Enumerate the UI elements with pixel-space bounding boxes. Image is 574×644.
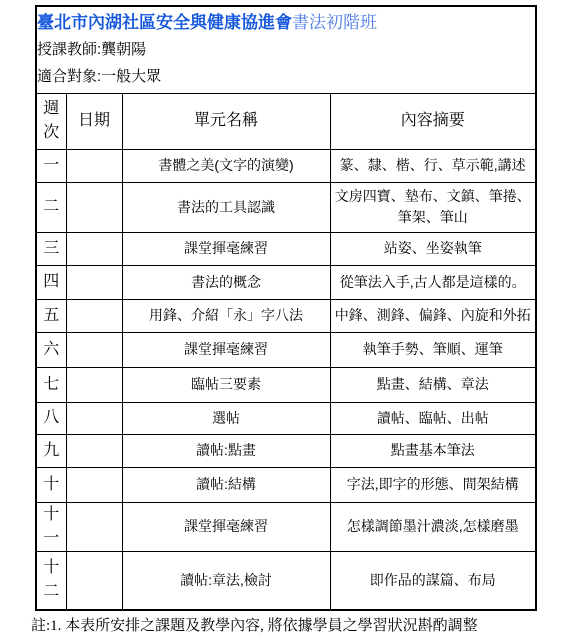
unit-cell: 讀帖:結構: [122, 467, 330, 502]
schedule-row: 三 課堂揮毫練習 站姿、坐姿執筆: [36, 232, 536, 265]
column-header-date: 日期: [66, 93, 122, 149]
date-cell: [66, 367, 122, 402]
footer-note: 註:1. 本表所安排之課題及教學內容, 將依據學員之學習狀況斟酌調整: [31, 615, 561, 637]
unit-cell: 課堂揮毫練習: [122, 332, 330, 367]
date-cell: [66, 265, 122, 299]
audience-line: 適合對象:一般大眾: [37, 63, 535, 90]
week-cell: 七: [36, 367, 66, 402]
schedule-row: 七 臨帖三要素 點畫、結構、章法: [36, 367, 536, 402]
schedule-row: 十 讀帖:結構 字法,即字的形態、間架結構: [36, 467, 536, 502]
summary-cell: 點畫基本筆法: [330, 434, 536, 467]
week-cell: 十二: [36, 551, 66, 610]
week-cell: 十: [36, 467, 66, 502]
summary-cell: 讀帖、臨帖、出帖: [330, 402, 536, 434]
date-cell: [66, 434, 122, 467]
schedule-row: 一 書體之美(文字的演變) 篆、隸、楷、行、草示範,講述: [36, 149, 536, 182]
unit-cell: 選帖: [122, 402, 330, 434]
unit-cell: 書法的工具認識: [122, 182, 330, 232]
org-name: 臺北市內湖社區安全與健康協進會: [37, 13, 292, 32]
summary-cell: 從筆法入手,古人都是這樣的。: [330, 265, 536, 299]
schedule-row: 九 讀帖:點畫 點畫基本筆法: [36, 434, 536, 467]
week-cell: 六: [36, 332, 66, 367]
week-cell: 九: [36, 434, 66, 467]
date-cell: [66, 467, 122, 502]
summary-cell: 執筆手勢、筆順、運筆: [330, 332, 536, 367]
date-cell: [66, 232, 122, 265]
date-cell: [66, 299, 122, 332]
title-block: 臺北市內湖社區安全與健康協進會書法初階班 授課教師:龔朝陽 適合對象:一般大眾: [36, 6, 536, 93]
column-header-row: 週次 日期 單元名稱 內容摘要: [36, 93, 536, 149]
schedule-row: 四 書法的概念 從筆法入手,古人都是這樣的。: [36, 265, 536, 299]
week-cell: 八: [36, 402, 66, 434]
week-cell: 二: [36, 182, 66, 232]
date-cell: [66, 502, 122, 551]
schedule-row: 八 選帖 讀帖、臨帖、出帖: [36, 402, 536, 434]
week-cell: 一: [36, 149, 66, 182]
summary-cell: 字法,即字的形態、間架結構: [330, 467, 536, 502]
summary-cell: 站姿、坐姿執筆: [330, 232, 536, 265]
summary-cell: 篆、隸、楷、行、草示範,講述: [330, 149, 536, 182]
unit-cell: 讀帖:章法,檢討: [122, 551, 330, 610]
title-block-row: 臺北市內湖社區安全與健康協進會書法初階班 授課教師:龔朝陽 適合對象:一般大眾: [36, 6, 536, 93]
summary-cell: 文房四寶、墊布、文鎮、筆捲、筆架、筆山: [330, 182, 536, 232]
date-cell: [66, 332, 122, 367]
unit-cell: 課堂揮毫練習: [122, 232, 330, 265]
date-cell: [66, 402, 122, 434]
week-cell: 十一: [36, 502, 66, 551]
course-title: 臺北市內湖社區安全與健康協進會書法初階班: [37, 10, 535, 36]
summary-cell: 中鋒、測鋒、偏鋒、內旋和外拓: [330, 299, 536, 332]
summary-cell: 點畫、結構、章法: [330, 367, 536, 402]
course-schedule-table: 臺北市內湖社區安全與健康協進會書法初階班 授課教師:龔朝陽 適合對象:一般大眾 …: [35, 5, 537, 611]
week-cell: 三: [36, 232, 66, 265]
unit-cell: 臨帖三要素: [122, 367, 330, 402]
schedule-row: 六 課堂揮毫練習 執筆手勢、筆順、運筆: [36, 332, 536, 367]
summary-cell: 怎樣調節墨汁濃淡,怎樣磨墨: [330, 502, 536, 551]
teacher-line: 授課教師:龔朝陽: [37, 36, 535, 63]
date-cell: [66, 149, 122, 182]
schedule-row: 二 書法的工具認識 文房四寶、墊布、文鎮、筆捲、筆架、筆山: [36, 182, 536, 232]
week-cell: 五: [36, 299, 66, 332]
unit-cell: 讀帖:點畫: [122, 434, 330, 467]
column-header-week: 週次: [36, 93, 66, 149]
schedule-row: 五 用鋒、介紹「永」字八法 中鋒、測鋒、偏鋒、內旋和外拓: [36, 299, 536, 332]
unit-cell: 書體之美(文字的演變): [122, 149, 330, 182]
unit-cell: 書法的概念: [122, 265, 330, 299]
column-header-summary: 內容摘要: [330, 93, 536, 149]
unit-cell: 用鋒、介紹「永」字八法: [122, 299, 330, 332]
week-cell: 四: [36, 265, 66, 299]
schedule-row: 十一 課堂揮毫練習 怎樣調節墨汁濃淡,怎樣磨墨: [36, 502, 536, 551]
course-name: 書法初階班: [292, 13, 377, 32]
date-cell: [66, 182, 122, 232]
summary-cell: 即作品的謀篇、布局: [330, 551, 536, 610]
column-header-unit: 單元名稱: [122, 93, 330, 149]
unit-cell: 課堂揮毫練習: [122, 502, 330, 551]
schedule-row: 十二 讀帖:章法,檢討 即作品的謀篇、布局: [36, 551, 536, 610]
date-cell: [66, 551, 122, 610]
